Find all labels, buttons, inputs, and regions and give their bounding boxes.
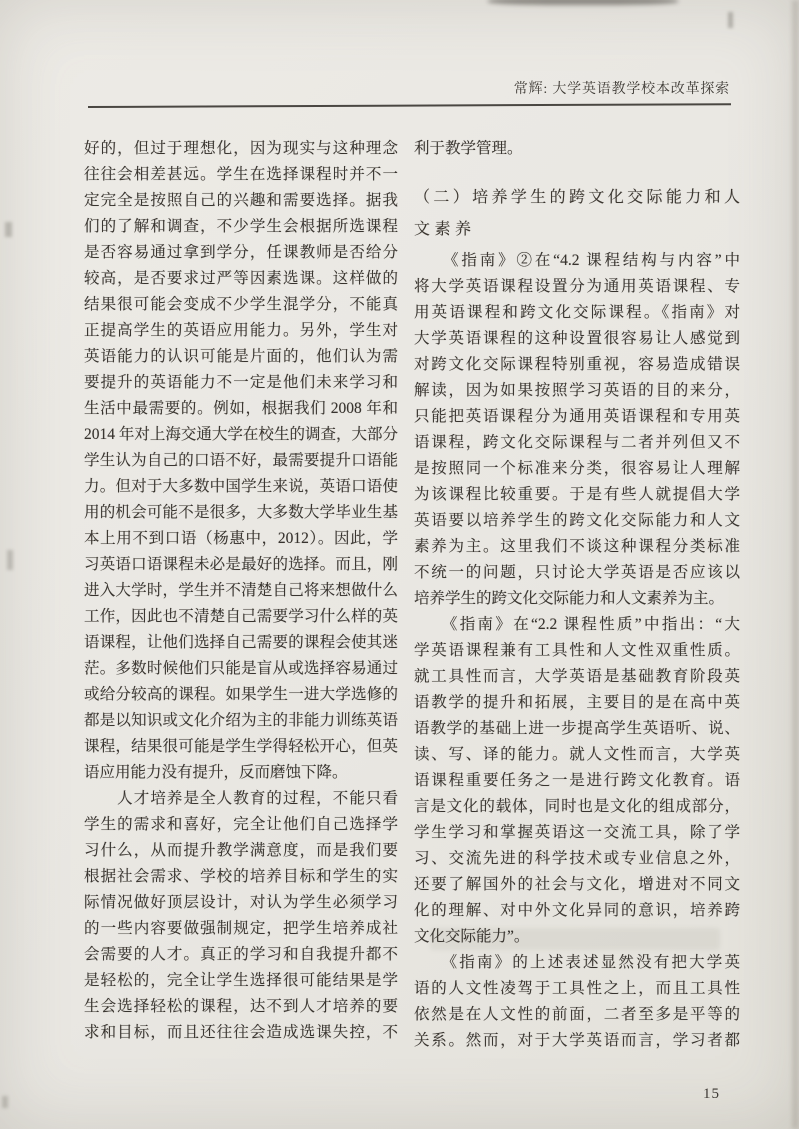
- text-line: 利于教学管理。: [414, 136, 740, 162]
- text-line: 《指南》②在“4.2 课程结构与内容”中: [414, 248, 740, 274]
- text-line: （二）培养学生的跨文化交际能力和人: [414, 182, 740, 214]
- page-number: 15: [703, 1086, 720, 1103]
- paragraph: 《指南》在“2.2 课程性质”中指出：“大学英语课程兼有工具性和人文性双重性质。…: [414, 612, 740, 950]
- paragraph: 好的，但过于理想化，因为现实与这种理念往往会相差甚远。学生在选择课程时并不一定完…: [84, 136, 398, 786]
- header-rule: [88, 103, 731, 108]
- text-line: 力。但对于大多数中国学生来说，英语口语使: [84, 474, 398, 500]
- text-line: 对跨文化交际课程特别重视，容易造成错误: [414, 352, 740, 378]
- scan-artifact: [728, 12, 733, 28]
- text-line: 好的，但过于理想化，因为现实与这种理念: [84, 136, 398, 162]
- text-line: 2014 年对上海交通大学在校生的调查，大部分: [84, 422, 398, 448]
- paragraph: 人才培养是全人教育的过程，不能只看学生的需求和喜好，完全让他们自己选择学习什么，…: [84, 786, 398, 1046]
- text-line: 本上用不到口语（杨惠中，2012）。因此，学: [84, 526, 398, 552]
- paragraph: 利于教学管理。: [414, 136, 740, 162]
- text-line: 较高，是否要求过严等因素选课。这样做的: [84, 266, 398, 292]
- paragraph: 《指南》②在“4.2 课程结构与内容”中将大学英语课程设置分为通用英语课程、专用…: [414, 248, 740, 612]
- text-line: 是否容易通过拿到学分，任课教师是否给分: [84, 240, 398, 266]
- text-line: 依然是在人文性的前面，二者至多是平等的: [414, 1002, 740, 1028]
- text-line: 文素养: [414, 214, 740, 246]
- text-line: 会需要的人才。真正的学习和自我提升都不: [84, 942, 398, 968]
- text-line: 只能把英语课程分为通用英语课程和专用英: [414, 404, 740, 430]
- text-line: 化的理解、对中外文化异同的意识，培养跨: [414, 898, 740, 924]
- text-line: 学生学习和掌握英语这一交流工具，除了学: [414, 820, 740, 846]
- text-line: 人才培养是全人教育的过程，不能只看: [84, 786, 398, 812]
- text-line: 解读，因为如果按照学习英语的目的来分，: [414, 378, 740, 404]
- scan-artifact: [792, 0, 799, 1129]
- text-line: 语应用能力没有提升，反而磨蚀下降。: [84, 760, 398, 786]
- text-line: 定完全是按照自己的兴趣和需要选择。据我: [84, 188, 398, 214]
- text-line: 生活中最需要的。例如，根据我们 2008 年和: [84, 396, 398, 422]
- text-line: 正提高学生的英语应用能力。另外，学生对: [84, 318, 398, 344]
- text-line: 际情况做好顶层设计，对认为学生必须学习: [84, 890, 398, 916]
- right-column: 利于教学管理。（二）培养学生的跨文化交际能力和人文素养 《指南》②在“4.2 课…: [414, 136, 740, 1054]
- text-line: 英语能力的认识可能是片面的，他们认为需: [84, 344, 398, 370]
- text-line: 是按照同一个标准来分类，很容易让人理解: [414, 456, 740, 482]
- text-line: 将大学英语课程设置分为通用英语课程、专: [414, 274, 740, 300]
- text-line: 求和目标，而且还往往会造成选课失控，不: [84, 1020, 398, 1046]
- text-line: 关系。然而，对于大学英语而言，学习者都: [414, 1028, 740, 1054]
- text-line: 培养学生的跨文化交际能力和人文素养为主。: [414, 586, 740, 612]
- text-line: 用英语课程和跨文化交际课程。《指南》对: [414, 300, 740, 326]
- scan-artifact: [5, 222, 12, 237]
- text-line: 《指南》在“2.2 课程性质”中指出：“大: [414, 612, 740, 638]
- paragraph: 《指南》的上述表述显然没有把大学英语的人文性凌驾于工具性之上，而且工具性依然是在…: [414, 950, 740, 1054]
- text-line: 都是以知识或文化介绍为主的非能力训练英语: [84, 708, 398, 734]
- text-line: 读、写、译的能力。就人文性而言，大学英: [414, 742, 740, 768]
- text-line: 语的人文性凌驾于工具性之上，而且工具性: [414, 976, 740, 1002]
- scan-artifact: [2, 1096, 8, 1108]
- text-line: 语课程，让他们选择自己需要的课程会使其迷: [84, 630, 398, 656]
- text-line: 语课程重要任务之一是进行跨文化教育。语: [414, 768, 740, 794]
- text-line: 的一些内容要做强制规定，把学生培养成社: [84, 916, 398, 942]
- text-line: 习什么，从而提升教学满意度，而是我们要: [84, 838, 398, 864]
- text-line: 不统一的问题，只讨论大学英语是否应该以: [414, 560, 740, 586]
- text-line: 或给分较高的课程。如果学生一进大学选修的: [84, 682, 398, 708]
- text-line: 文化交际能力”。: [414, 924, 740, 950]
- scanned-page: 常辉: 大学英语教学校本改革探索 好的，但过于理想化，因为现实与这种理念往往会相…: [0, 0, 799, 1129]
- text-line: 们的了解和调查，不少学生会根据所选课程: [84, 214, 398, 240]
- text-line: 就工具性而言，大学英语是基础教育阶段英: [414, 664, 740, 690]
- article-body: 好的，但过于理想化，因为现实与这种理念往往会相差甚远。学生在选择课程时并不一定完…: [84, 136, 740, 1054]
- text-line: 学英语课程兼有工具性和人文性双重性质。: [414, 638, 740, 664]
- text-line: 学生认为自己的口语不好，最需要提升口语能: [84, 448, 398, 474]
- text-line: 素养为主。这里我们不谈这种课程分类标准: [414, 534, 740, 560]
- text-line: 言是文化的载体，同时也是文化的组成部分，: [414, 794, 740, 820]
- text-line: 语课程，跨文化交际课程与二者并列但又不: [414, 430, 740, 456]
- text-line: 生会选择轻松的课程，达不到人才培养的要: [84, 994, 398, 1020]
- text-line: 英语要以培养学生的跨文化交际能力和人文: [414, 508, 740, 534]
- text-line: 学生的需求和喜好，完全让他们自己选择学: [84, 812, 398, 838]
- text-line: 用的机会可能不是很多，大多数大学毕业生基: [84, 500, 398, 526]
- text-line: 茫。多数时候他们只能是盲从或选择容易通过: [84, 656, 398, 682]
- text-line: 《指南》的上述表述显然没有把大学英: [414, 950, 740, 976]
- text-line: 进入大学时，学生并不清楚自己将来想做什么: [84, 578, 398, 604]
- text-line: 是轻松的，完全让学生选择很可能结果是学: [84, 968, 398, 994]
- text-line: 大学英语课程的这种设置很容易让人感觉到: [414, 326, 740, 352]
- text-line: 结果很可能会变成不少学生混学分，不能真: [84, 292, 398, 318]
- text-line: 工作，因此也不清楚自己需要学习什么样的英: [84, 604, 398, 630]
- left-column: 好的，但过于理想化，因为现实与这种理念往往会相差甚远。学生在选择课程时并不一定完…: [84, 136, 398, 1054]
- text-line: 要提升的英语能力不一定是他们未来学习和: [84, 370, 398, 396]
- text-line: 习英语口语课程未必是最好的选择。而且，刚: [84, 552, 398, 578]
- text-line: 为该课程比较重要。于是有些人就提倡大学: [414, 482, 740, 508]
- running-head-title: 常辉: 大学英语教学校本改革探索: [514, 78, 730, 98]
- text-line: 还要了解国外的社会与文化，增进对不同文: [414, 872, 740, 898]
- text-line: 根据社会需求、学校的培养目标和学生的实: [84, 864, 398, 890]
- scan-artifact: [7, 550, 13, 570]
- text-line: 往往会相差甚远。学生在选择课程时并不一: [84, 162, 398, 188]
- text-line: 习、交流先进的科学技术或专业信息之外，: [414, 846, 740, 872]
- text-line: 语教学的基础上进一步提高学生英语听、说、: [414, 716, 740, 742]
- text-line: 课程，结果很可能是学生学得轻松开心，但英: [84, 734, 398, 760]
- text-line: 语教学的提升和拓展，主要目的是在高中英: [414, 690, 740, 716]
- scan-artifact: [488, 0, 678, 5]
- section-heading: （二）培养学生的跨文化交际能力和人文素养: [414, 182, 740, 246]
